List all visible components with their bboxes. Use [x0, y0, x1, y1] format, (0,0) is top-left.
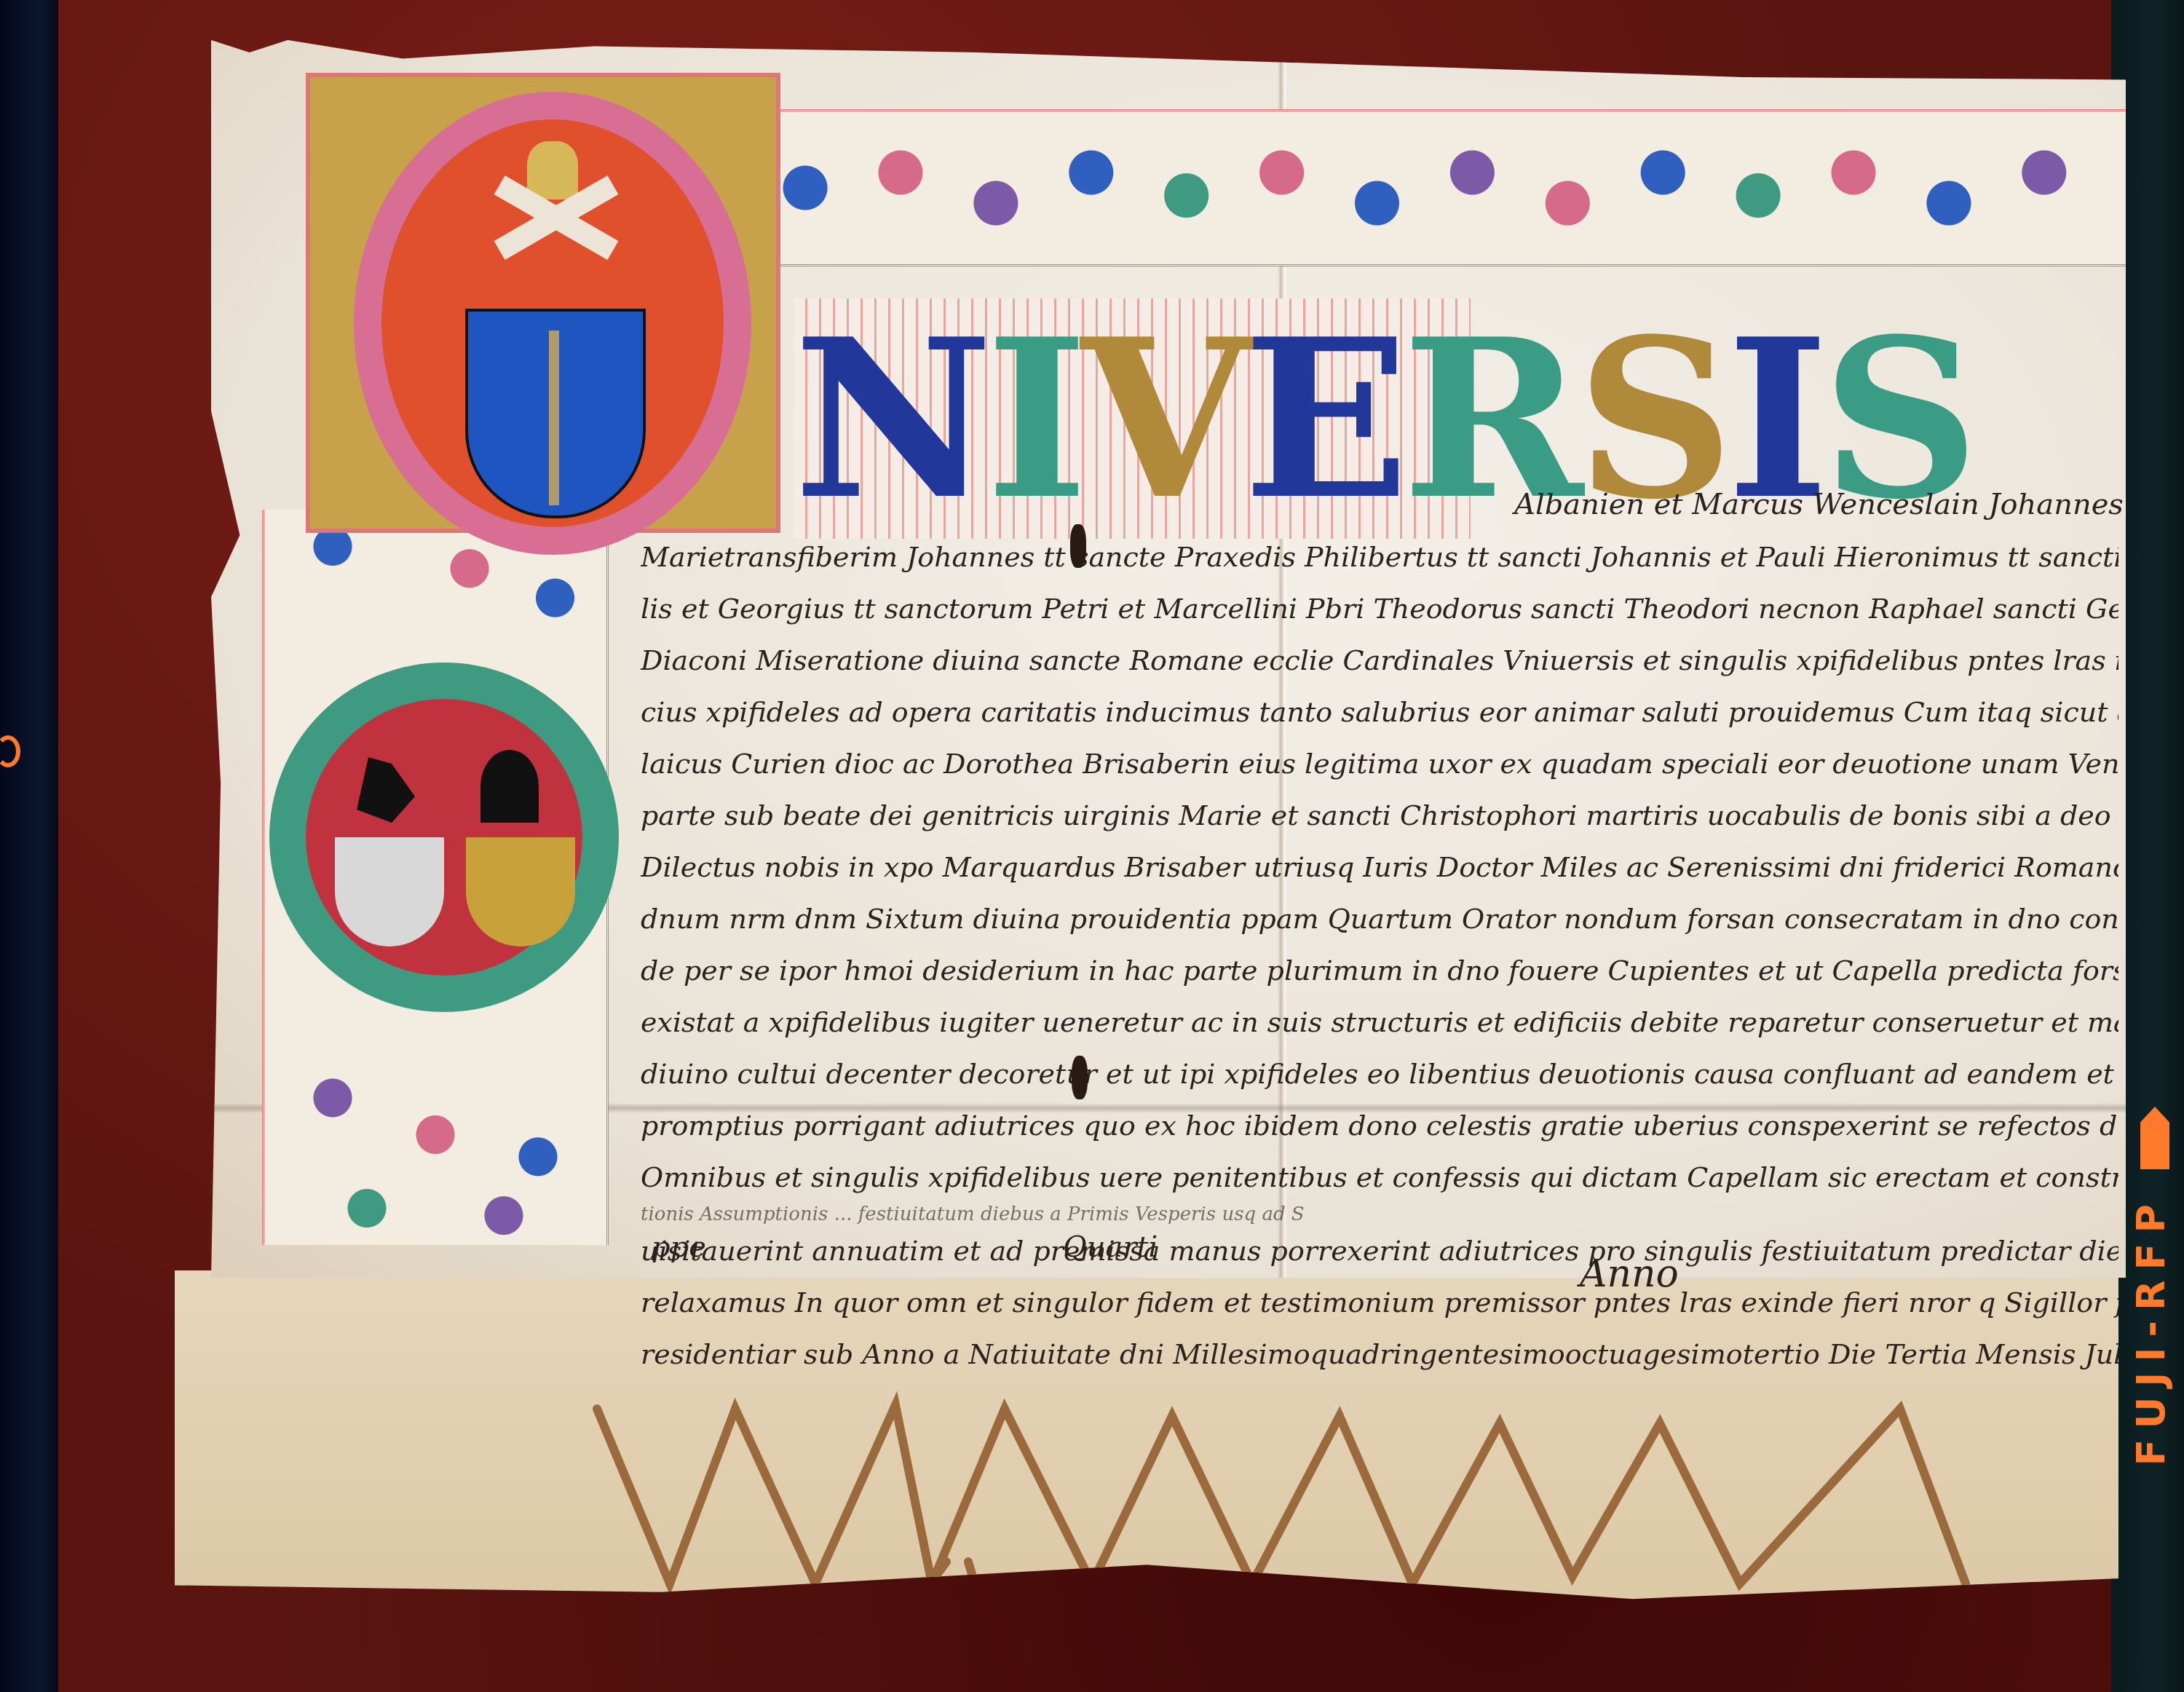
display-letter: I: [986, 290, 1080, 547]
text-line: residentiar sub Anno a Natiuitate dni Mi…: [641, 1329, 2118, 1380]
text-line: parte sub beate dei genitricis uirginis …: [641, 790, 2118, 842]
text-line: diuino cultui decenter decoretur et ut i…: [641, 1048, 2118, 1100]
charter-text: Marietransfiberim Johannes tt sancte Pra…: [641, 531, 2118, 1380]
gold-shield-snail: [466, 837, 575, 946]
subscript-anno: Anno: [1580, 1252, 1679, 1296]
film-mark: [0, 735, 20, 767]
subscript-ppe: ppe: [652, 1230, 706, 1264]
film-label: FUJI-RFP: [2128, 1194, 2174, 1466]
illuminated-initial-u: [306, 73, 780, 533]
ink-damage: [1070, 524, 1086, 568]
text-line: Diaconi Miseratione diuina sancte Romane…: [641, 635, 2118, 687]
floral-border-top: [764, 109, 2126, 266]
text-line: relaxamus In quor omn et singulor fidem …: [641, 1277, 2118, 1329]
crowned-helm-icon: [480, 750, 539, 823]
text-line: cius xpifideles ad opera caritatis induc…: [641, 687, 2118, 738]
text-line: existat a xpifidelibus iugiter ueneretur…: [641, 997, 2118, 1048]
silver-shield-lion: [335, 837, 444, 946]
ink-damage: [1072, 1056, 1088, 1099]
display-word-universis: N I V E R S I S: [794, 299, 1471, 539]
text-line: dnum nrm dnm Sixtum diuina prouidentia p…: [641, 893, 2118, 945]
text-line: laicus Curien dioc ac Dorothea Brisaberi…: [641, 738, 2118, 790]
heraldic-medallion: [269, 663, 619, 1012]
lion-crest-icon: [357, 757, 415, 823]
text-line: tionis Assumptionis ... festiuitatum die…: [641, 1203, 2118, 1225]
text-line: Marietransfiberim Johannes tt sancte Pra…: [641, 531, 2118, 583]
oak-tree-icon: [549, 331, 559, 505]
film-edge-left: [0, 0, 58, 1692]
initial-oval-frame: [354, 92, 751, 555]
display-letter: V: [1081, 290, 1243, 547]
text-line: Dilectus nobis in xpo Marquardus Brisabe…: [641, 842, 2118, 893]
film-arrow-icon: [2140, 1107, 2169, 1169]
text-line: lis et Georgius tt sanctorum Petri et Ma…: [641, 583, 2118, 635]
display-letter: N: [794, 290, 986, 547]
salutation-line: Albanien et Marcus Wenceslain Johannes: [1514, 488, 2124, 521]
text-line: de per se ipor hmoi desiderium in hac pa…: [641, 945, 2118, 997]
subscript-quarti: Quarti: [1063, 1230, 1158, 1264]
text-line: uisitauerint annuatim et ad premissa man…: [641, 1225, 2118, 1277]
text-line: Omnibus et singulis xpifidelibus uere pe…: [641, 1152, 2118, 1203]
display-letter: E: [1243, 290, 1402, 547]
text-line: promptius porrigant adiutrices quo ex ho…: [641, 1100, 2118, 1152]
papal-tiara-icon: [527, 141, 578, 199]
